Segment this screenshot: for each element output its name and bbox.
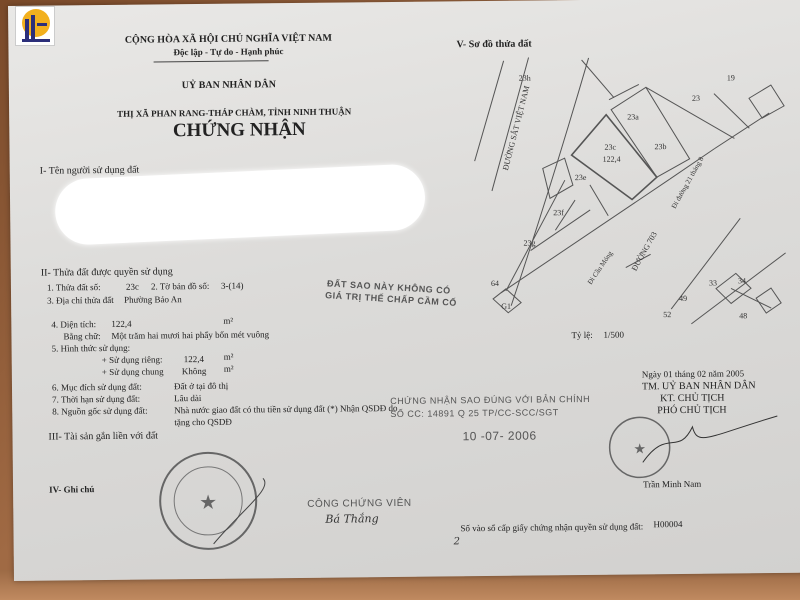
railway-label: ĐƯỜNG SẮT VIỆT NAM [500,85,531,172]
parcel-label: 64 [491,279,499,288]
parcel-label: 23 [692,94,700,103]
common-use-label: + Sử dụng chung [102,366,164,377]
header-divider [154,60,269,62]
section-3-heading: III- Tài sản gắn liền với đất [48,430,158,442]
certified-copy-date: 10 -07- 2006 [462,428,536,443]
seal-star-icon: ★ [199,492,217,514]
map-sheet: 3-(14) [221,281,244,291]
parcel-map: 23h 23a 23 19 23b 23c 122,4 23e 23f 23g … [448,38,791,342]
purpose-label: 6. Mục đích sử dụng đất: [52,382,142,393]
area-in-words: Một trăm hai mươi hai phẩy bốn mét vuông [111,329,269,341]
certified-copy-number: SỐ CC: 14891 Q 25 TP/CC-SCC/SGT [390,407,558,419]
parcel-label: 23f [553,208,564,217]
area-unit: m² [223,316,233,326]
direction-21-thang-8: Đi đường 21 tháng 8 [670,155,706,210]
origin-value-line2: tặng cho QSDĐ [174,417,232,428]
map-sheet-label: 2. Tờ bản đồ số: [151,281,209,292]
signer-name: Trần Minh Nam [643,479,701,490]
certified-copy-stamp: CHỨNG NHẬN SAO ĐÚNG VỚI BẢN CHÍNH [390,394,590,406]
signature-line-2: KT. CHỦ TỊCH [660,393,724,405]
official-seal: ★ [607,406,788,488]
address: Phường Bảo An [124,294,182,305]
direction-cau-mong: Đi Cầu Móng [586,249,615,286]
section-4-heading: IV- Ghi chú [49,484,94,494]
seal-star-icon: ★ [633,442,646,457]
subject-parcel-area: 122,4 [603,155,621,164]
authority: UỶ BAN NHÂN DÂN [79,78,379,92]
in-words-label: Bằng chữ: [63,331,100,341]
term-label: 7. Thời hạn sử dụng đất: [52,394,140,405]
section-1-heading: I- Tên người sử dụng đất [40,165,140,177]
issue-date: Ngày 01 tháng 02 năm 2005 [642,368,744,379]
subject-parcel-label: 23c [604,143,616,152]
motto: Độc lập - Tự do - Hạnh phúc [78,45,378,58]
parcel-label: 23b [654,142,666,151]
section-2-heading: II- Thửa đất được quyền sử dụng [41,266,173,278]
parcel-label: 23e [575,173,587,182]
signature-line-1: TM. UỶ BAN NHÂN DÂN [642,380,756,392]
address-label: 3. Địa chỉ thửa đất [47,295,114,306]
parcel-label: 48 [739,311,747,320]
notary-name: Bá Thắng [325,512,378,526]
parcel-no-label: 1. Thửa đất số: [47,282,101,293]
parcel-label: 52 [663,310,671,319]
origin-label: 8. Nguồn gốc sử dụng đất: [52,406,147,417]
scale-label: Tỷ lệ: [571,330,592,340]
area-value: 122,4 [111,319,131,329]
notary-title: CÔNG CHỨNG VIÊN [307,498,412,510]
area-label: 4. Diện tích: [51,319,96,329]
scale-value: 1/500 [603,330,624,340]
parcel-label: 34 [738,276,746,285]
common-use-unit: m² [224,364,234,374]
national-title: CỘNG HÒA XÃ HỘI CHỦ NGHĨA VIỆT NAM [78,32,378,46]
parcel-no: 23c [126,282,139,292]
parcel-label: 19 [727,73,735,82]
parcel-label: 23g [523,238,535,247]
purpose-value: Đất ở tại đô thị [174,381,228,392]
road-label: ĐƯỜNG 703 [629,230,659,273]
private-use-label: + Sử dụng riêng: [102,354,163,365]
parcel-label: 33 [709,279,717,288]
page-title: CHỨNG NHẬN [69,118,409,144]
common-use-value: Không [182,366,207,376]
private-use-value: 122,4 [184,354,204,364]
land-use-certificate: CỘNG HÒA XÃ HỘI CHỦ NGHĨA VIỆT NAM Độc l… [8,0,800,581]
signature-scribble [642,416,777,462]
parcel-label: 49 [679,294,687,303]
handwritten-mark: 2 [454,536,460,547]
parcel-label: 23a [627,112,639,121]
register-number: H00004 [653,519,682,529]
origin-value: Nhà nước giao đất có thu tiền sử dụng đấ… [174,403,397,415]
parcel-label: 23h [519,74,531,83]
register-label: Số vào sổ cấp giấy chứng nhận quyền sử d… [460,521,643,533]
private-use-unit: m² [224,352,234,362]
notary-seal: ★ [153,448,274,559]
usage-form-label: 5. Hình thức sử dụng: [52,343,131,354]
parcel-label: G1 [501,302,511,311]
term-value: Lâu dài [174,393,201,403]
building-logo-icon [15,6,55,46]
